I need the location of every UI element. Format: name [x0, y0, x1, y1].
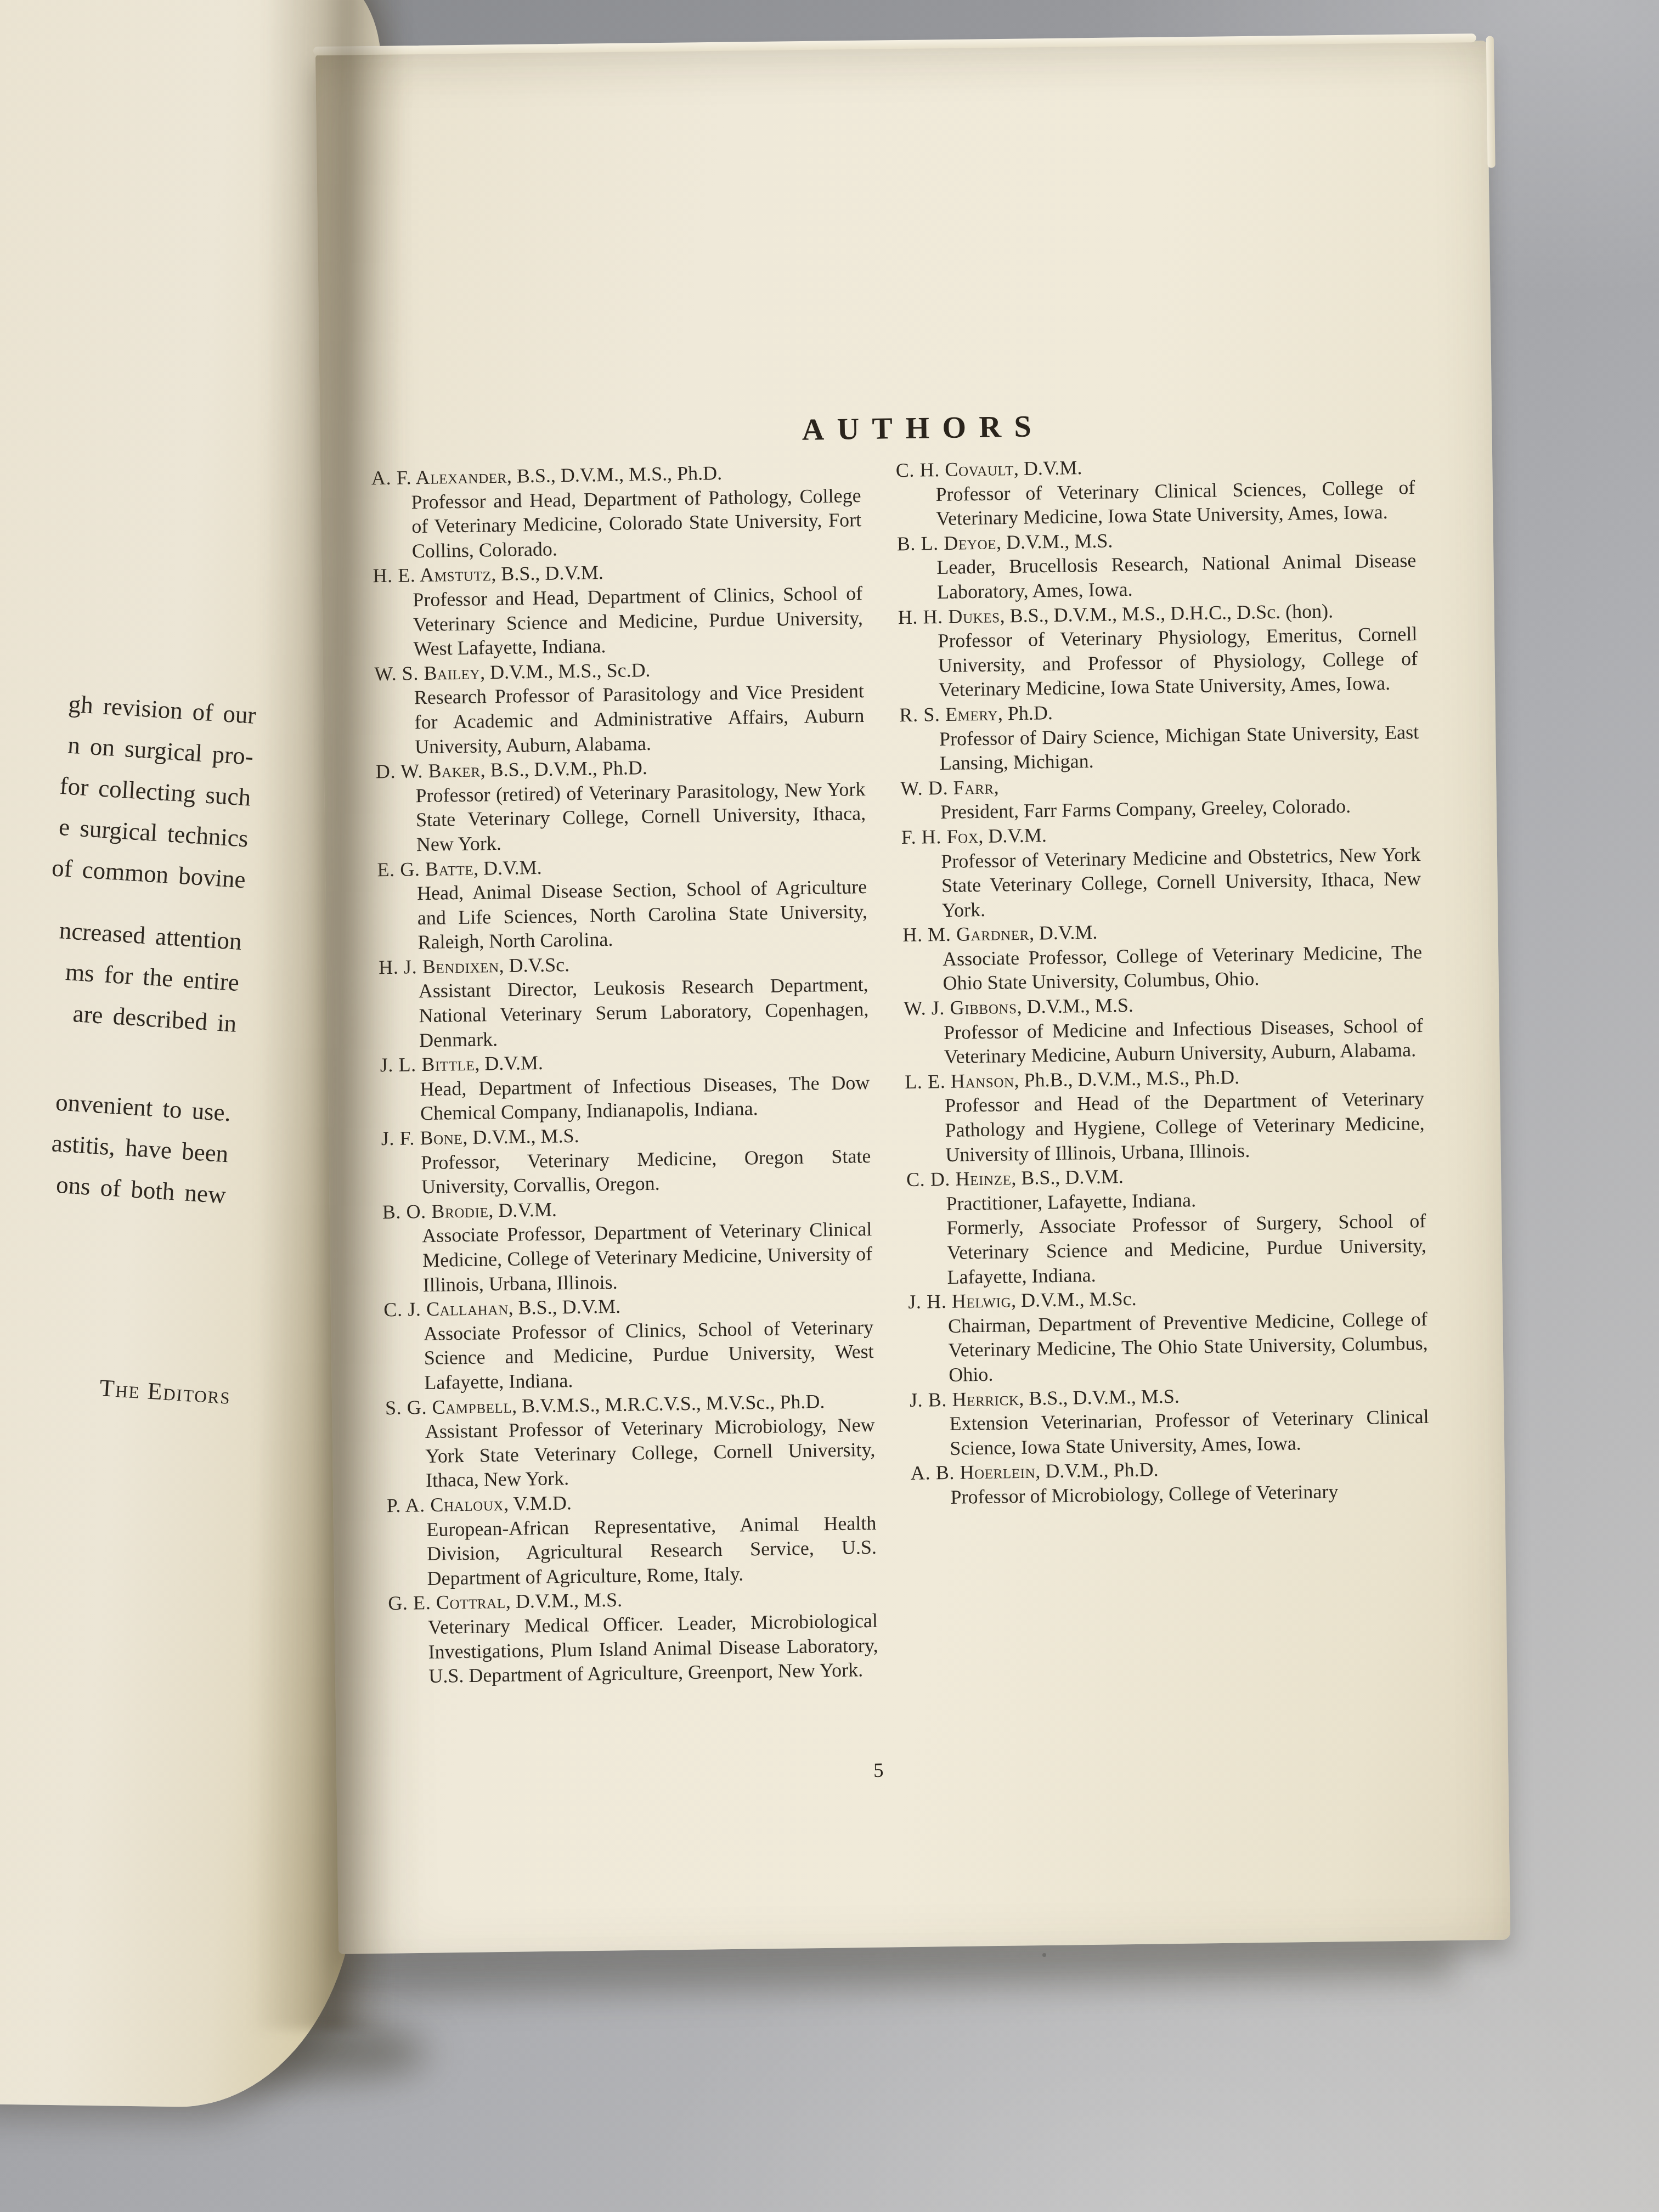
author-name: G. E. Cottral [388, 1590, 506, 1614]
author-name: J. B. Herrick [910, 1387, 1019, 1411]
author-name: S. G. Campbell [385, 1395, 512, 1418]
author-entry: A. F. Alexander, B.S., D.V.M., M.S., Ph.… [371, 459, 862, 564]
author-affiliation: Associate Professor, Department of Veter… [422, 1217, 873, 1297]
author-name: A. B. Hoerlein [911, 1460, 1036, 1484]
author-affiliation: Head, Department of Infectious Diseases,… [420, 1070, 870, 1126]
page-number: 5 [873, 1759, 884, 1782]
author-affiliation: Research Professor of Parasitology and V… [414, 679, 865, 759]
author-affiliation: Assistant Professor of Veterinary Microb… [425, 1413, 876, 1493]
author-entry: F. H. Fox, D.V.M.Professor of Veterinary… [901, 817, 1421, 923]
author-name: C. H. Covault [896, 458, 1014, 481]
page-title: AUTHORS [370, 403, 1463, 454]
author-degrees: , B.S., D.V.M., M.S., Ph.D. [506, 462, 722, 487]
author-name: A. F. Alexander [371, 465, 507, 489]
author-affiliation: Associate Professor, College of Veterina… [943, 940, 1423, 996]
preface-text-fragments: gh revision of ourn on surgical pro-for … [0, 675, 257, 1237]
author-degrees: , V.M.D. [504, 1492, 572, 1515]
author-name: J. L. Bittle [380, 1053, 475, 1076]
author-entry: J. H. Helwig, D.V.M., M.Sc.Chairman, Dep… [908, 1282, 1429, 1387]
author-degrees: , D.V.M., Ph.D. [1035, 1459, 1159, 1482]
author-entry: C. J. Callahan, B.S., D.V.M.Associate Pr… [383, 1290, 874, 1396]
author-degrees: , B.S., D.V.M. [508, 1295, 620, 1319]
author-affiliation: Veterinary Medical Officer. Leader, Micr… [428, 1609, 879, 1689]
author-name: W. S. Bailey [374, 661, 480, 685]
author-affiliation: Professor of Veterinary Physiology, Emer… [938, 622, 1418, 702]
author-entry: R. S. Emery, Ph.D.Professor of Dairy Sci… [899, 695, 1419, 776]
author-affiliation: Formerly, Associate Professor of Surgery… [946, 1209, 1427, 1289]
author-entry: J. L. Bittle, D.V.M.Head, Department of … [380, 1046, 870, 1126]
author-name: W. D. Farr [900, 776, 994, 799]
author-name: B. O. Brodie [382, 1199, 488, 1223]
author-name: C. D. Heinze [906, 1167, 1012, 1190]
author-entry: B. O. Brodie, D.V.M.Associate Professor,… [382, 1193, 873, 1298]
author-name: E. G. Batte [377, 857, 473, 881]
author-entry: W. D. Farr,President, Farr Farms Company… [900, 769, 1420, 825]
author-entry: P. A. Chaloux, V.M.D.European-African Re… [386, 1486, 877, 1592]
author-degrees: , B.V.M.S., M.R.C.V.S., M.V.Sc., Ph.D. [512, 1390, 825, 1417]
authors-page-content: AUTHORS A. F. Alexander, B.S., D.V.M., M… [313, 39, 1513, 1955]
authors-column-left: A. F. Alexander, B.S., D.V.M., M.S., Ph.… [371, 459, 879, 1689]
author-name: C. J. Callahan [383, 1297, 509, 1321]
author-affiliation: Leader, Brucellosis Research, National A… [936, 549, 1417, 605]
author-affiliation: European-African Representative, Animal … [426, 1510, 877, 1590]
author-name: H. E. Amstutz [373, 563, 491, 587]
author-name: J. F. Bone [381, 1126, 462, 1149]
author-degrees: , D.V.M. [488, 1198, 557, 1221]
author-degrees: , D.V.M., M.S., Sc.D. [480, 659, 651, 684]
author-entry: S. G. Campbell, B.V.M.S., M.R.C.V.S., M.… [385, 1389, 876, 1494]
author-entry: H. J. Bendixen, D.V.Sc.Assistant Directo… [379, 948, 870, 1053]
author-degrees: , D.V.M. [473, 856, 542, 879]
editors-signature: The Editors [0, 1366, 273, 1413]
author-affiliation: Professor and Head of the Department of … [945, 1086, 1425, 1167]
author-degrees: , Ph.B., D.V.M., M.S., Ph.D. [1014, 1066, 1239, 1091]
author-affiliation: Professor of Veterinary Clinical Science… [935, 475, 1415, 531]
author-entry: D. W. Baker, B.S., D.V.M., Ph.D.Professo… [376, 752, 867, 857]
author-entry: W. J. Gibbons, D.V.M., M.S.Professor of … [904, 989, 1424, 1070]
author-degrees: , Ph.D. [998, 702, 1053, 724]
author-affiliation: Head, Animal Disease Section, School of … [417, 874, 868, 955]
preface-paragraph-fragment: onvenient to use.astitis, have beenons o… [0, 1073, 232, 1216]
author-degrees: , D.V.M., M.S. [462, 1125, 579, 1148]
author-entry: E. G. Batte, D.V.M.Head, Animal Disease … [377, 850, 868, 956]
author-name: R. S. Emery [899, 702, 998, 726]
author-degrees: , D.V.M., M.S. [505, 1589, 622, 1612]
author-degrees: , B.S., D.V.M., Ph.D. [480, 757, 647, 781]
author-entry: C. D. Heinze, B.S., D.V.M.Practitioner, … [906, 1160, 1427, 1290]
authors-column-right: C. H. Covault, D.V.M.Professor of Veteri… [895, 450, 1432, 1681]
author-entry: C. H. Covault, D.V.M.Professor of Veteri… [895, 450, 1415, 532]
author-entry: J. B. Herrick, B.S., D.V.M., M.S.Extensi… [910, 1380, 1430, 1462]
author-degrees: , D.V.M., M.S. [996, 529, 1113, 553]
photo-open-book: BOVINE gh revision of ourn on surgical p… [0, 0, 1659, 2212]
author-name: H. H. Dukes [898, 605, 1000, 628]
author-degrees: , D.V.M. [475, 1052, 543, 1075]
author-name: B. L. Deyoe [897, 531, 997, 555]
author-affiliation: Associate Professor of Clinics, School o… [424, 1315, 874, 1395]
author-degrees: , D.V.Sc. [499, 953, 569, 977]
author-name: L. E. Hanson [905, 1069, 1014, 1093]
author-affiliation: Chairman, Department of Preventive Medic… [948, 1307, 1429, 1387]
author-affiliation: Extension Veterinarian, Professor of Vet… [949, 1404, 1429, 1460]
author-degrees: , D.V.M., M.Sc. [1011, 1288, 1137, 1311]
author-entry: H. E. Amstutz, B.S., D.V.M.Professor and… [373, 556, 864, 662]
author-degrees: , [994, 776, 999, 798]
author-affiliation: Professor and Head, Department of Clinic… [413, 581, 864, 661]
author-affiliation: Professor of Veterinary Medicine and Obs… [941, 842, 1421, 923]
author-affiliation: Assistant Director, Leukosis Research De… [418, 972, 869, 1052]
author-name: J. H. Helwig [908, 1289, 1011, 1313]
authors-columns: A. F. Alexander, B.S., D.V.M., M.S., Ph.… [371, 450, 1433, 1689]
preface-paragraph-fragment: ncreased attentionms for the entireare d… [0, 901, 243, 1044]
author-entry: G. E. Cottral, D.V.M., M.S.Veterinary Me… [388, 1584, 879, 1689]
author-degrees: , B.S., D.V.M. [1011, 1165, 1124, 1189]
author-degrees: , B.S., D.V.M., M.S., D.H.C., D.Sc. (hon… [1000, 600, 1333, 627]
author-entry: W. S. Bailey, D.V.M., M.S., Sc.D.Researc… [374, 654, 865, 760]
author-degrees: , B.S., D.V.M. [491, 561, 603, 585]
author-degrees: , D.V.M., M.S. [1017, 994, 1133, 1018]
author-affiliation: Professor (retired) of Veterinary Parasi… [415, 777, 866, 857]
author-name: D. W. Baker [376, 759, 481, 783]
author-entry: L. E. Hanson, Ph.B., D.V.M., M.S., Ph.D.… [905, 1062, 1425, 1167]
author-affiliation: Professor of Dairy Science, Michigan Sta… [939, 720, 1419, 776]
author-entry: H. H. Dukes, B.S., D.V.M., M.S., D.H.C.,… [898, 597, 1418, 703]
author-name: W. J. Gibbons [904, 996, 1017, 1019]
author-affiliation: Professor of Medicine and Infectious Dis… [944, 1013, 1424, 1069]
author-name: F. H. Fox [901, 825, 978, 848]
author-degrees: , D.V.M. [978, 824, 1047, 847]
author-name: P. A. Chaloux [386, 1493, 504, 1516]
author-entry: B. L. Deyoe, D.V.M., M.S.Leader, Brucell… [896, 524, 1417, 605]
author-degrees: , D.V.M. [1029, 921, 1098, 944]
author-affiliation: Professor, Veterinary Medicine, Oregon S… [421, 1144, 871, 1199]
page-stack-edge-right [1486, 36, 1496, 168]
right-page: AUTHORS A. F. Alexander, B.S., D.V.M., M… [315, 41, 1510, 1954]
author-entry: J. F. Bone, D.V.M., M.S.Professor, Veter… [381, 1119, 871, 1200]
author-entry: H. M. Gardner, D.V.M.Associate Professor… [902, 915, 1423, 996]
author-degrees: , D.V.M. [1014, 456, 1082, 479]
preface-paragraph-fragment: gh revision of ourn on surgical pro-for … [0, 675, 257, 900]
author-entry: A. B. Hoerlein, D.V.M., Ph.D.Professor o… [911, 1453, 1430, 1510]
author-degrees: , B.S., D.V.M., M.S. [1019, 1385, 1180, 1409]
author-name: H. J. Bendixen [379, 955, 499, 978]
author-affiliation: Professor and Head, Department of Pathol… [411, 483, 862, 563]
author-name: H. M. Gardner [902, 922, 1029, 946]
